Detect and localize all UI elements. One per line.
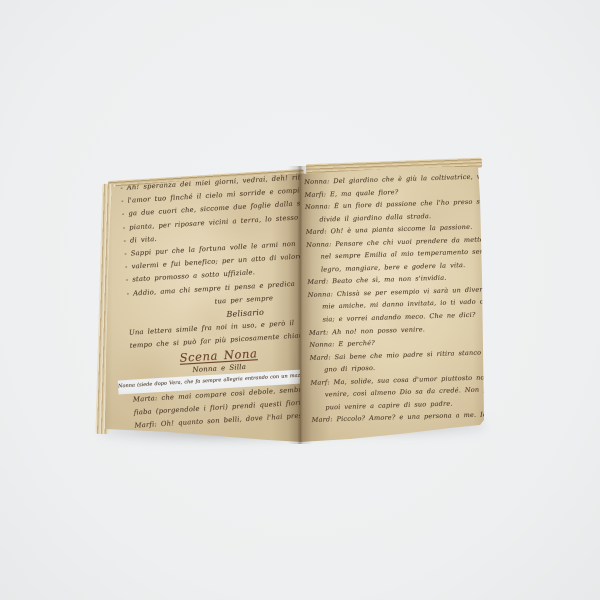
photo-background: - Ah! speranza dei miei giorni, vedrai, … [0,0,600,600]
right-page-handwriting: Nonna: Del giardino che è giù la coltiva… [304,170,492,426]
right-page: Nonna: Del giardino che è giù la coltiva… [300,158,488,450]
left-page: - Ah! speranza dei miei giorni, vedrai, … [98,158,302,450]
notebook: - Ah! speranza dei miei giorni, vedrai, … [0,0,600,600]
left-page-handwriting: - Ah! speranza dei miei giorni, vedrai, … [120,172,311,433]
